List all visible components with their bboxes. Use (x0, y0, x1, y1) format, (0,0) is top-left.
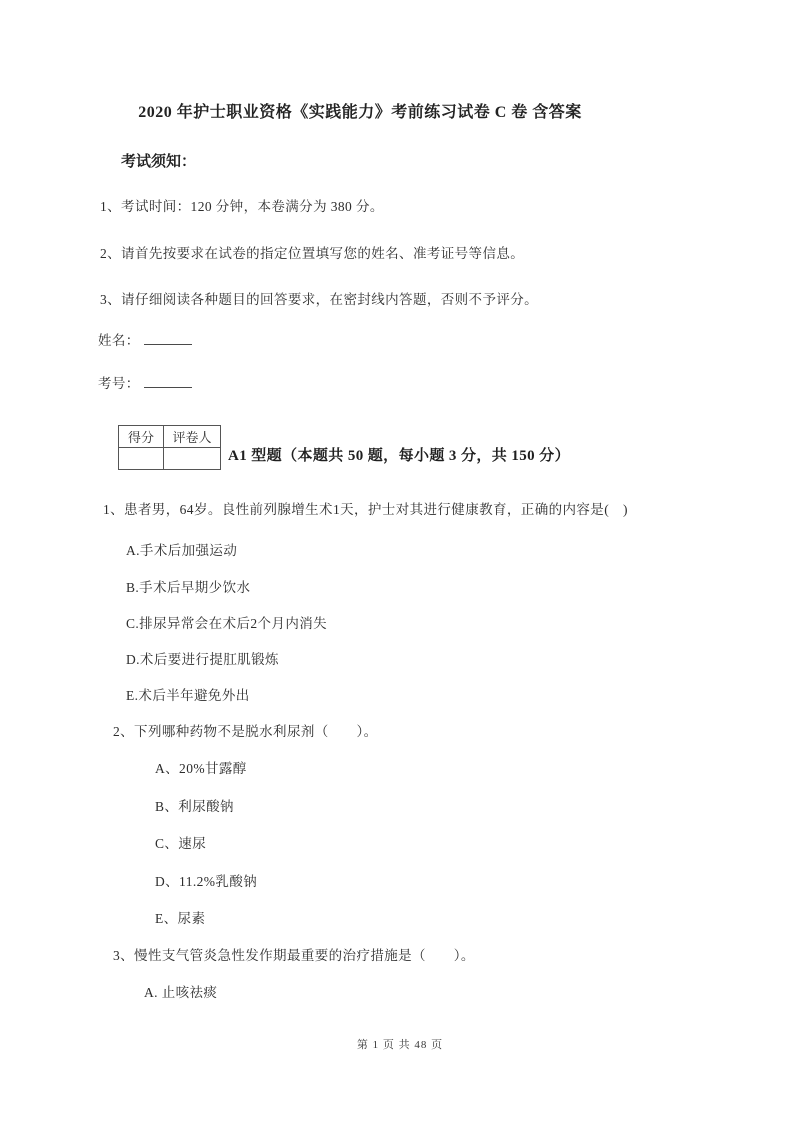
option-item: D、11.2%乳酸钠 (155, 870, 257, 890)
name-blank-line (144, 331, 192, 345)
page-title: 2020 年护士职业资格《实践能力》考前练习试卷 C 卷 含答案 (0, 99, 720, 122)
score-empty-cell (119, 448, 164, 470)
reviewer-empty-cell (164, 448, 221, 470)
exam-no-field-label: 考号： (98, 376, 140, 391)
notice-item: 3、请仔细阅读各种题目的回答要求，在密封线内答题，否则不予评分。 (100, 288, 538, 308)
notice-item: 2、请首先按要求在试卷的指定位置填写您的姓名、准考证号等信息。 (100, 242, 524, 262)
option-item: D.术后要进行提肛肌锻炼 (126, 648, 279, 668)
page-footer: 第 1 页 共 48 页 (0, 1036, 800, 1052)
option-item: C.排尿异常会在术后2个月内消失 (126, 612, 327, 632)
option-item: C、速尿 (155, 832, 206, 852)
option-item: B.手术后早期少饮水 (126, 576, 250, 596)
question-stem: 2、下列哪种药物不是脱水利尿剂（ ）。 (113, 720, 378, 740)
exam-no-field: 考号： (98, 372, 192, 392)
name-field-label: 姓名： (98, 333, 140, 348)
score-table-empty-row (119, 448, 221, 470)
section-heading: A1 型题（本题共 50 题，每小题 3 分，共 150 分） (228, 444, 570, 465)
option-item: A.手术后加强运动 (126, 539, 237, 559)
question-stem: 1、患者男，64岁。良性前列腺增生术1天，护士对其进行健康教育，正确的内容是( … (103, 498, 628, 518)
document-page: 2020 年护士职业资格《实践能力》考前练习试卷 C 卷 含答案 考试须知： 1… (0, 0, 800, 1132)
option-item: E、尿素 (155, 907, 205, 927)
score-table: 得分 评卷人 (118, 425, 221, 470)
option-item: E.术后半年避免外出 (126, 684, 250, 704)
exam-no-blank-line (144, 374, 192, 388)
exam-notice-heading: 考试须知： (121, 150, 196, 171)
option-item: B、利尿酸钠 (155, 795, 234, 815)
notice-item: 1、考试时间：120 分钟，本卷满分为 380 分。 (100, 195, 384, 215)
question-stem: 3、慢性支气管炎急性发作期最重要的治疗措施是（ ）。 (113, 944, 475, 964)
option-item: A. 止咳祛痰 (144, 981, 217, 1001)
score-table-header-row: 得分 评卷人 (119, 426, 221, 448)
option-item: A、20%甘露醇 (155, 757, 247, 777)
name-field: 姓名： (98, 329, 192, 349)
score-header-cell: 得分 (119, 426, 164, 448)
reviewer-header-cell: 评卷人 (164, 426, 221, 448)
